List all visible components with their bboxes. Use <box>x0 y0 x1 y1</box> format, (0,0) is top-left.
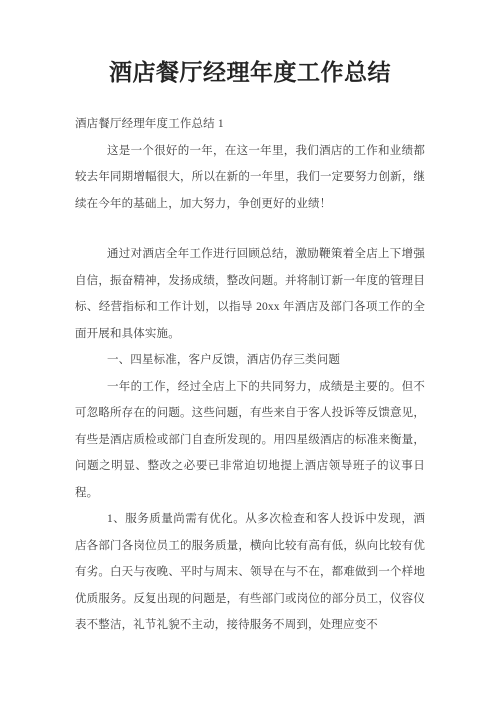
document-title: 酒店餐厅经理年度工作总结 <box>75 57 425 89</box>
paragraph-overview: 通过对酒店全年工作进行回顾总结，激励鞭策着全店上下增强自信，振奋精神，发扬成绩，… <box>75 241 425 347</box>
paragraph-problems: 一年的工作，经过全店上下的共同努力，成绩是主要的。但不可忽略所存在的问题。这些问… <box>75 374 425 507</box>
paragraph-service-quality: 1、服务质量尚需有优化。从多次检查和客人投诉中发现，酒店各部门各岗位员工的服务质… <box>75 506 425 639</box>
section-heading-one: 一、四星标准，客户反馈，酒店仍存三类问题 <box>75 347 425 374</box>
document-subtitle: 酒店餐厅经理年度工作总结 1 <box>75 111 425 138</box>
document-page: 酒店餐厅经理年度工作总结 酒店餐厅经理年度工作总结 1 这是一个很好的一年，在这… <box>0 0 500 707</box>
paragraph-intro: 这是一个很好的一年，在这一年里，我们酒店的工作和业绩都较去年同期增幅很大，所以在… <box>75 138 425 218</box>
document-body: 酒店餐厅经理年度工作总结 1 这是一个很好的一年，在这一年里，我们酒店的工作和业… <box>75 111 425 639</box>
